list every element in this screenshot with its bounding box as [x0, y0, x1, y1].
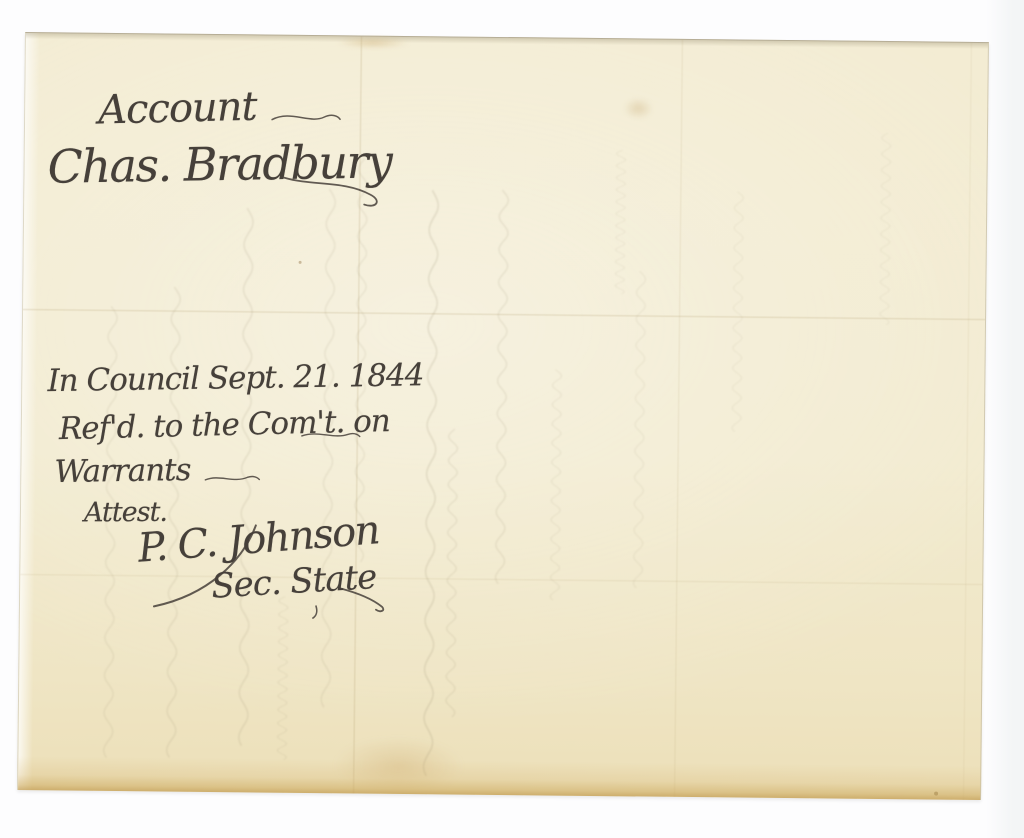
referral-line-2-handwriting: Warrants	[54, 453, 191, 489]
council-date-line-handwriting: In Council Sept. 21. 1844	[47, 358, 424, 398]
bleedthrough-column	[439, 427, 468, 727]
page-top-edge-shading	[26, 33, 988, 49]
faint-spot	[623, 97, 653, 119]
scanner-background-strip	[986, 0, 1024, 838]
signature-descender-stroke	[150, 520, 261, 613]
page-left-edge-highlight	[18, 33, 40, 790]
bleedthrough-column	[485, 188, 515, 598]
pen-flourish-after-name	[282, 172, 390, 215]
page-bottom-aged-edge	[18, 756, 980, 800]
bleedthrough-column	[270, 596, 298, 766]
pen-flourish-after-on	[300, 428, 362, 443]
bleedthrough-column	[873, 132, 901, 332]
bleedthrough-column	[722, 190, 751, 440]
bleedthrough-column	[311, 186, 343, 726]
bleedthrough-column	[540, 368, 569, 608]
pen-flourish-after-warrants	[203, 471, 261, 486]
vertical-fold-crease	[673, 40, 684, 797]
ink-speck	[299, 261, 302, 264]
pen-flourish-after-state	[338, 582, 390, 613]
vertical-fold-crease	[962, 43, 973, 800]
docket-title-handwriting: Account	[98, 85, 257, 133]
bleedthrough-column	[623, 269, 652, 599]
top-edge-stain	[336, 36, 410, 49]
document-page: Account Chas. Bradbury In Council Sept. …	[17, 32, 989, 800]
pen-flourish-after-title	[270, 108, 342, 127]
ink-comma-mark	[310, 604, 322, 620]
